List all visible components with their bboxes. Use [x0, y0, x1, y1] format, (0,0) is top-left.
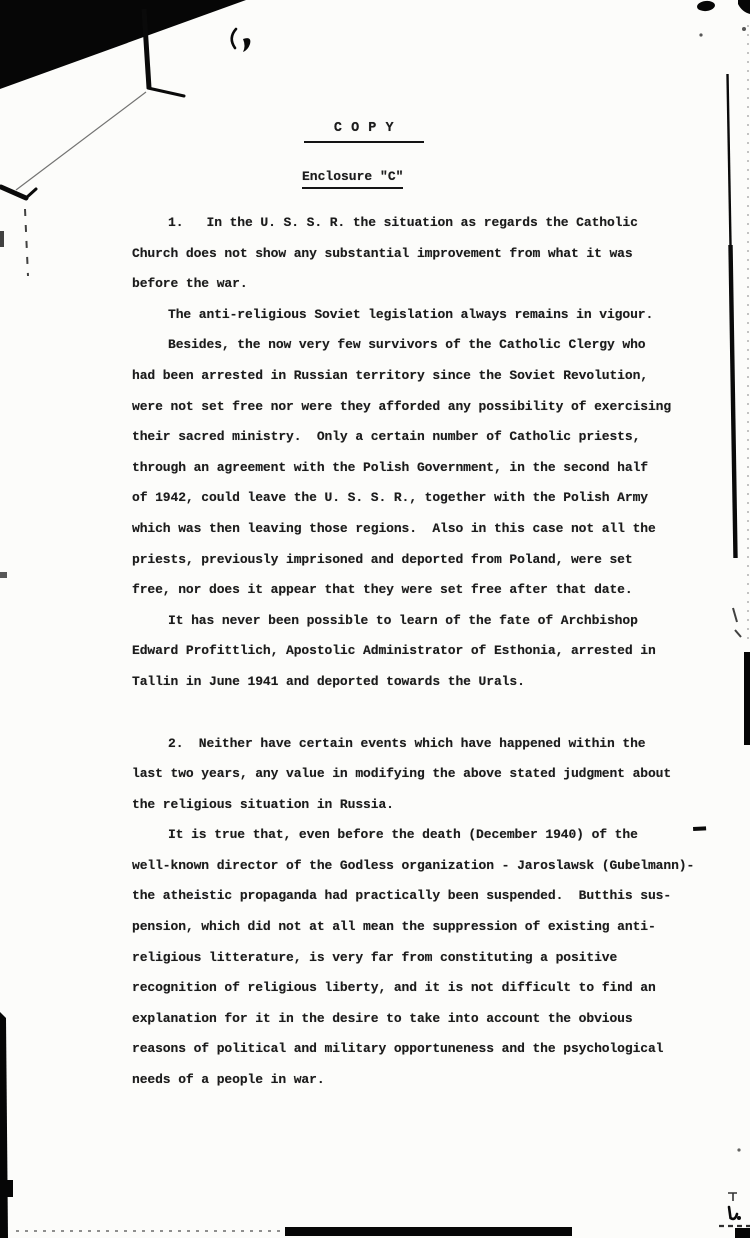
corner-ink-blob — [738, 0, 750, 14]
left-edge-strip-nub — [5, 1180, 13, 1197]
crease-line — [16, 92, 146, 190]
right-scratch-squiggle-1 — [733, 608, 737, 622]
left-edge-tick-top — [0, 231, 4, 247]
enclosure-heading: Enclosure "C" — [302, 169, 403, 189]
text-line: Tallin in June 1941 and deported towards… — [132, 667, 732, 698]
text-line: 2. Neither have certain events which hav… — [132, 729, 732, 760]
text-line: It is true that, even before the death (… — [132, 820, 732, 851]
text-line: The anti-religious Soviet legislation al… — [132, 300, 732, 331]
comma-ink-mark — [243, 38, 250, 52]
text-line: were not set free nor were they afforded… — [132, 392, 732, 423]
text-line: free, nor does it appear that they were … — [132, 575, 732, 606]
fold-hook-mark — [148, 88, 184, 96]
paragraph-6: It is true that, even before the death (… — [132, 820, 732, 1095]
right-edge-bar — [744, 652, 750, 745]
paren-ink-mark — [232, 29, 236, 48]
crease-arrow-tip — [26, 189, 36, 198]
text-line: 1. In the U. S. S. R. the situation as r… — [132, 208, 732, 239]
paragraph-4: It has never been possible to learn of t… — [132, 606, 732, 698]
paragraph-3: Besides, the now very few survivors of t… — [132, 330, 732, 605]
text-line: Edward Profittlich, Apostolic Administra… — [132, 636, 732, 667]
text-line: It has never been possible to learn of t… — [132, 606, 732, 637]
bottom-right-speck — [737, 1148, 740, 1151]
fold-mark-icon — [144, 9, 149, 88]
text-line: had been arrested in Russian territory s… — [132, 361, 732, 392]
bottom-right-corner-block — [735, 1228, 750, 1238]
paragraph-2: The anti-religious Soviet legislation al… — [132, 300, 732, 331]
text-line: which was then leaving those regions. Al… — [132, 514, 732, 545]
text-line: last two years, any value in modifying t… — [132, 759, 732, 790]
folded-corner-artifact — [0, 0, 246, 89]
crease-arrow-mark — [1, 187, 26, 198]
paragraph-5: 2. Neither have certain events which hav… — [132, 729, 732, 821]
text-line: through an agreement with the Polish Gov… — [132, 453, 732, 484]
text-line: pension, which did not at all mean the s… — [132, 912, 732, 943]
text-line: explanation for it in the desire to take… — [132, 1004, 732, 1035]
top-ink-blob — [697, 0, 716, 12]
corner-ink-dot — [742, 27, 746, 31]
left-edge-strip — [0, 1012, 8, 1238]
left-edge-dashes — [25, 209, 28, 276]
document-title: C O P Y — [304, 121, 424, 143]
text-line: reasons of political and military opport… — [132, 1034, 732, 1065]
text-line: well-known director of the Godless organ… — [132, 851, 732, 882]
bottom-right-comma-dot — [737, 1216, 741, 1220]
text-line: priests, previously imprisoned and depor… — [132, 545, 732, 576]
text-line: their sacred ministry. Only a certain nu… — [132, 422, 732, 453]
text-line: Besides, the now very few survivors of t… — [132, 330, 732, 361]
bottom-right-hook-mark — [729, 1207, 737, 1219]
text-line: needs of a people in war. — [132, 1065, 732, 1096]
document-body-text: 1. In the U. S. S. R. the situation as r… — [132, 208, 732, 1096]
text-line: recognition of religious liberty, and it… — [132, 973, 732, 1004]
top-ink-dot — [699, 33, 702, 36]
text-line: Church does not show any substantial imp… — [132, 239, 732, 270]
bottom-edge-bar — [285, 1227, 572, 1236]
scanned-document-page: C O P Y Enclosure "C" 1. In the U. S. S.… — [0, 0, 750, 1238]
right-scratch-squiggle-2 — [735, 630, 741, 637]
left-edge-tick-mid — [0, 572, 7, 578]
text-line: religious litterature, is very far from … — [132, 943, 732, 974]
bottom-right-tick-mark — [728, 1193, 737, 1201]
paragraph-1: 1. In the U. S. S. R. the situation as r… — [132, 208, 732, 300]
text-line: the religious situation in Russia. — [132, 790, 732, 821]
text-line: of 1942, could leave the U. S. S. R., to… — [132, 483, 732, 514]
text-line: the atheistic propaganda had practically… — [132, 881, 732, 912]
text-line: before the war. — [132, 269, 732, 300]
